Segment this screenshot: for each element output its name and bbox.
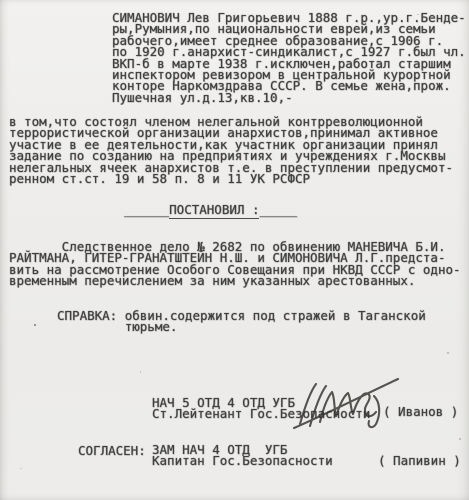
heading-underscore-left: ______ <box>124 202 169 217</box>
heading-text: ПОСТАНОВИЛ : <box>169 202 259 219</box>
paper-speck <box>447 352 449 354</box>
signature-block-2-title: ЗАМ НАЧ 4 ОТД УГБ Капитан Гос.Безопаснос… <box>152 444 333 467</box>
document-page: СИМАНОВИЧ Лев Григорьевич 1888 г.р.,ур.г… <box>0 0 469 500</box>
handwritten-signature-icon <box>286 372 418 434</box>
heading-postanovil: ______ПОСТАНОВИЛ :_____ <box>124 204 297 215</box>
paragraph-accusation: в том,что состоял членом нелегальной кон… <box>9 116 453 184</box>
paragraph-resolution: Следственное дело № 2682 по обвинению МА… <box>9 241 461 287</box>
paragraph-spravka: СПРАВКА: обвин.содержится под стражей в … <box>57 310 426 333</box>
paper-speck <box>140 371 141 373</box>
paper-speck <box>34 324 36 326</box>
heading-underscore-right: _____ <box>259 202 297 217</box>
signature-block-2-name: ( Папивин ) <box>378 455 461 466</box>
signature-block-2-agree-label: СОГЛАСЕН: <box>78 445 146 456</box>
paragraph-biography: СИМАНОВИЧ Лев Григорьевич 1888 г.р.,ур.г… <box>112 12 466 103</box>
paper-speck <box>459 438 461 440</box>
paper-speck <box>20 468 22 469</box>
